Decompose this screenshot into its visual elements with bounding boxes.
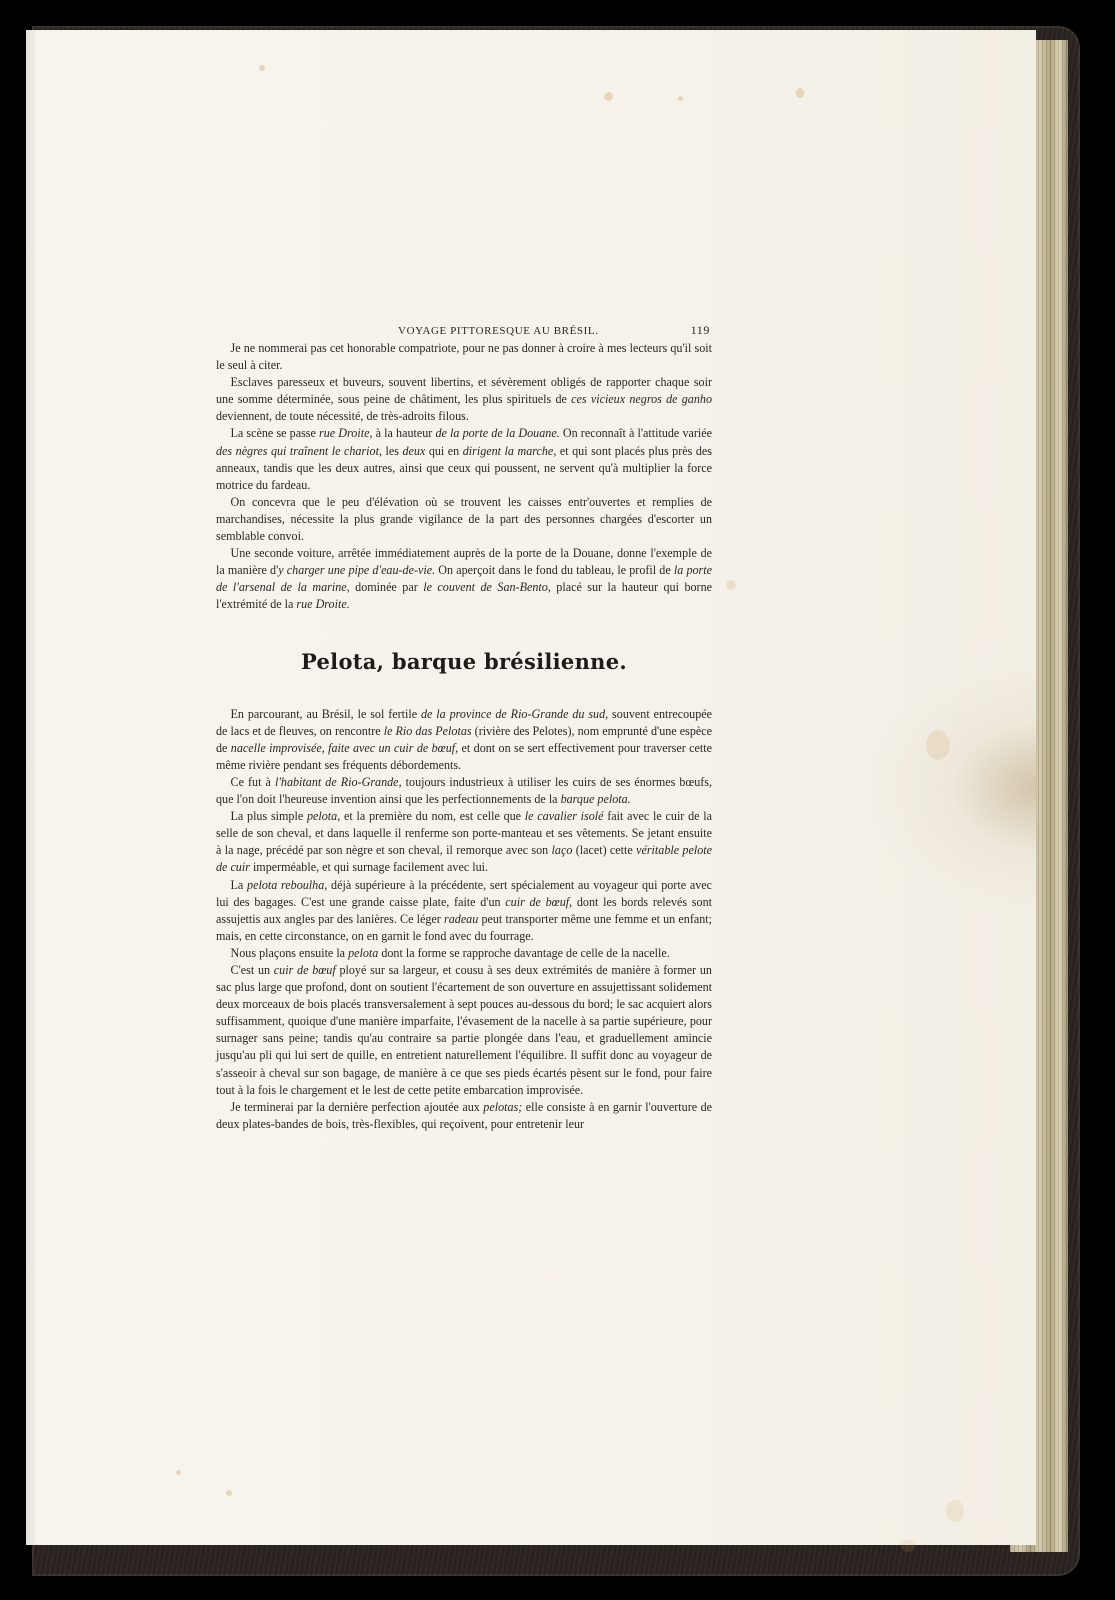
paragraph: Esclaves paresseux et buveurs, souvent l… bbox=[216, 374, 712, 425]
paragraph: La scène se passe rue Droite, à la haute… bbox=[216, 425, 712, 493]
foxing-spot bbox=[604, 92, 613, 101]
paragraph: En parcourant, au Brésil, le sol fertile… bbox=[216, 706, 712, 774]
paragraph: Nous plaçons ensuite la pelota dont la f… bbox=[216, 945, 712, 962]
paragraph: Une seconde voiture, arrêtée immédiateme… bbox=[216, 545, 712, 613]
foxing-spot bbox=[176, 1470, 181, 1475]
page-left-edge bbox=[26, 30, 36, 1545]
running-head-title: VOYAGE PITTORESQUE AU BRÉSIL. bbox=[216, 323, 691, 340]
paragraph: Je ne nommerai pas cet honorable compatr… bbox=[216, 340, 712, 374]
foxing-spot bbox=[678, 96, 683, 101]
paragraph: C'est un cuir de bœuf ployé sur sa large… bbox=[216, 962, 712, 1099]
foxing-spot bbox=[796, 88, 804, 98]
section-title: Pelota, barque brésilienne. bbox=[216, 653, 712, 670]
foxing-spot bbox=[226, 1490, 232, 1496]
page-number: 119 bbox=[691, 322, 712, 339]
paragraph: La plus simple pelota, et la première du… bbox=[216, 808, 712, 876]
foxing-spot bbox=[259, 65, 265, 71]
foxing-spot bbox=[926, 730, 950, 760]
text-block: VOYAGE PITTORESQUE AU BRÉSIL. 119 Je ne … bbox=[216, 322, 712, 1133]
paragraphs-after: En parcourant, au Brésil, le sol fertile… bbox=[216, 706, 712, 1133]
running-head: VOYAGE PITTORESQUE AU BRÉSIL. 119 bbox=[216, 322, 712, 338]
paragraph: On concevra que le peu d'élévation où se… bbox=[216, 494, 712, 545]
foxing-spot bbox=[946, 1500, 964, 1522]
foxing-spot bbox=[901, 1540, 915, 1552]
paragraphs-before: Je ne nommerai pas cet honorable compatr… bbox=[216, 340, 712, 614]
paragraph: La pelota reboulha, déjà supérieure à la… bbox=[216, 877, 712, 945]
paragraph: Ce fut à l'habitant de Rio-Grande, toujo… bbox=[216, 774, 712, 808]
paragraph: Je terminerai par la dernière perfection… bbox=[216, 1099, 712, 1133]
foxing-spot bbox=[726, 580, 736, 590]
